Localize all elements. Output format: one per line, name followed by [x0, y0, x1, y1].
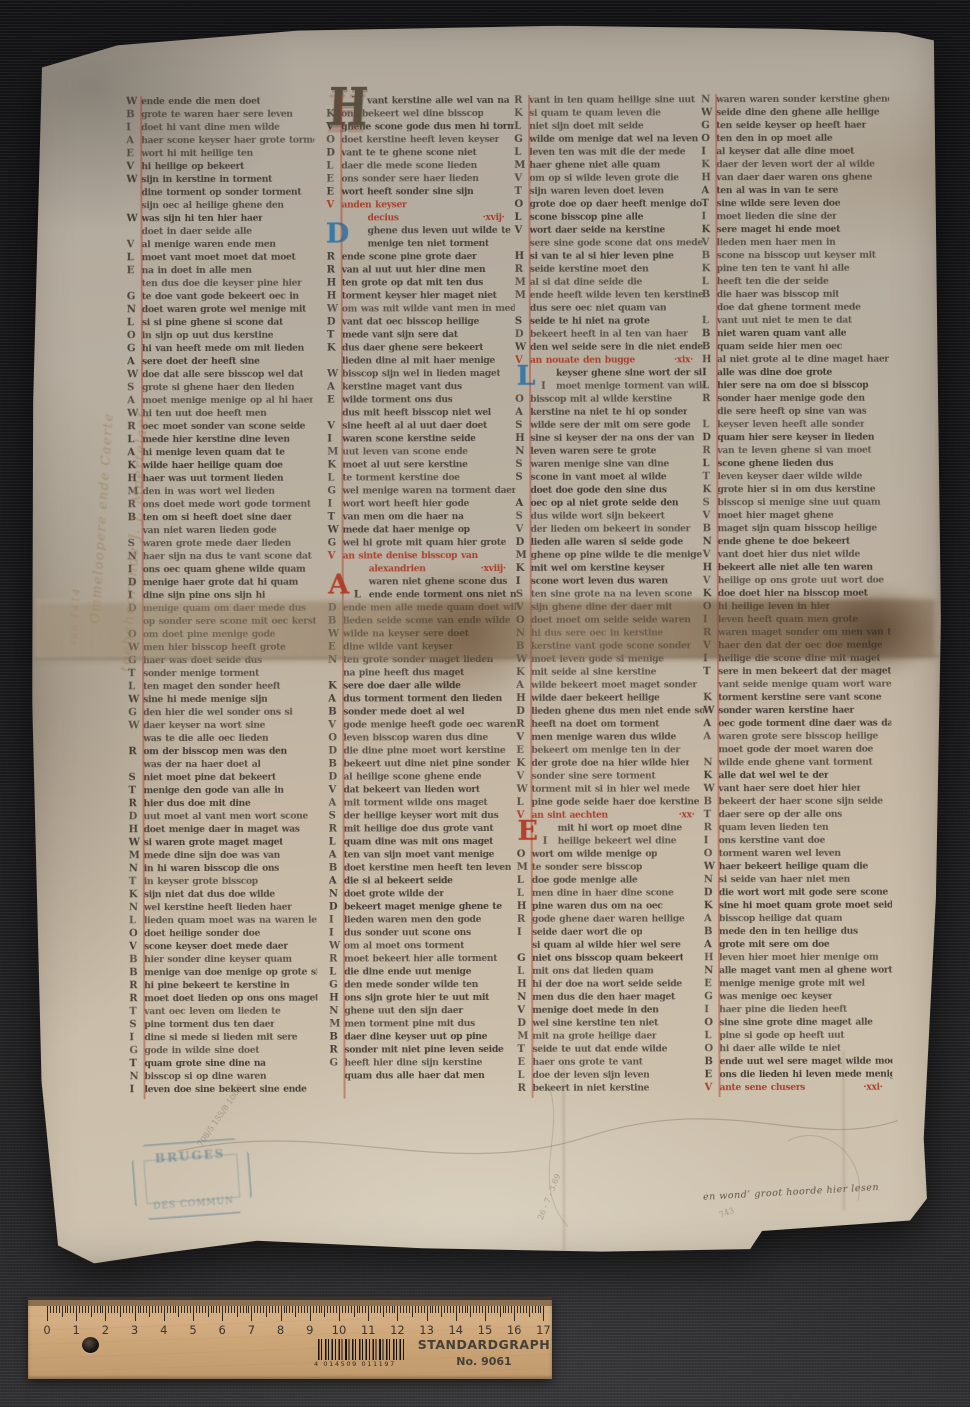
decorated-initial-E: E — [515, 819, 541, 845]
library-stamp: BRUGES DES COMMUN — [130, 1137, 253, 1221]
margin-inscription: Ommeloopere ende Caerte — [88, 412, 117, 625]
text-column-2: HTvant kerstine alle wel van na Kons bek… — [326, 95, 517, 1084]
decorated-initial-D: D — [325, 221, 351, 247]
ruler-number: 0 — [43, 1323, 50, 1337]
ruler-number: 13 — [419, 1323, 434, 1337]
parchment-sheet: Wende ende die men doet Bgrote te waren … — [26, 22, 942, 1266]
ruler-model: No. 9061 — [416, 1355, 552, 1368]
ruler-number: 6 — [219, 1323, 226, 1337]
margin-inscriptions: Ommeloopere ende Caertetoebehoorende J. … — [24, 20, 940, 23]
ruler-number: 10 — [332, 1323, 347, 1337]
parchment-surface: Wende ende die men doet Bgrote te waren … — [24, 20, 944, 1267]
decorated-initial-A: A — [326, 572, 352, 598]
ruler-brand: STANDARDGRAPH — [416, 1337, 552, 1352]
barcode-digits: 4 014509 011197 — [314, 1360, 410, 1368]
ruler-number: 7 — [248, 1323, 255, 1337]
ruler-number: 9 — [306, 1323, 313, 1337]
stamp-inner-border — [143, 1154, 240, 1205]
pencil-note: 26 - 7 - 3.69 — [536, 1173, 562, 1222]
ruler-number: 11 — [361, 1323, 376, 1337]
ruler: 01234567891011121314151617 4 014509 0111… — [28, 1297, 552, 1379]
decorated-initial-L: L — [513, 364, 539, 390]
text-column-4: Nwaren waren sonder kerstine ghene Wseid… — [701, 94, 892, 1096]
ruler-number: 15 — [478, 1323, 493, 1337]
ruler-number: 3 — [131, 1323, 138, 1337]
scribe-note: en wond’ groot hoorde hier lesen — [703, 1182, 880, 1203]
ruler-number: 4 — [160, 1323, 167, 1337]
barcode — [318, 1339, 406, 1360]
pencil-notes: 708/5 155/8 100/526 - 7 - 3.69743 — [24, 20, 940, 23]
cadel-initial-H: H — [327, 82, 369, 132]
ruler-number: 8 — [277, 1323, 284, 1337]
text-column-3: Rvant in ten quam heilige sine uut Ksi q… — [514, 94, 705, 1096]
margin-inscription: van 1414 — [68, 587, 83, 646]
ruler-number: 14 — [448, 1323, 463, 1337]
ruler-number: 16 — [507, 1323, 522, 1337]
ruler-number: 12 — [390, 1323, 405, 1337]
ruler-number: 1 — [73, 1323, 80, 1337]
pencil-note: 743 — [718, 1206, 735, 1220]
ruler-hole — [82, 1337, 99, 1353]
ruler-number: 2 — [102, 1323, 109, 1337]
photo-of-manuscript: { "manuscript": { "ink_color": "#3a332c"… — [0, 0, 970, 1407]
ruler-number: 17 — [536, 1323, 551, 1337]
ruler-number: 5 — [189, 1323, 196, 1337]
text-column-1: Wende ende die men doet Bgrote te waren … — [126, 96, 317, 1098]
